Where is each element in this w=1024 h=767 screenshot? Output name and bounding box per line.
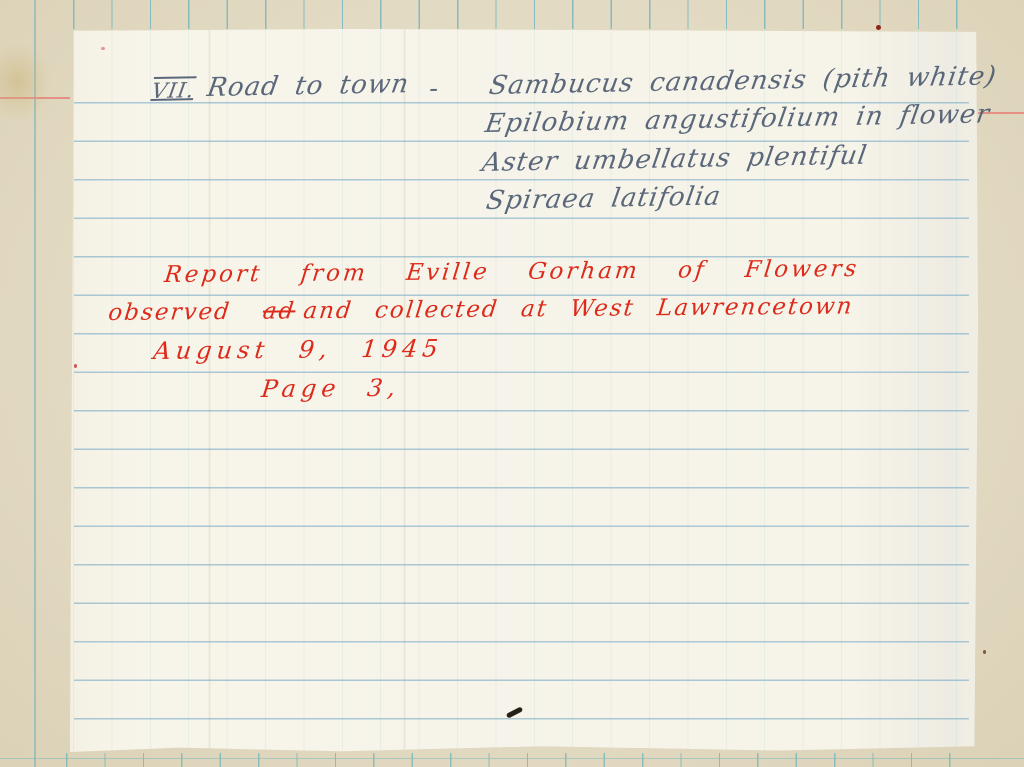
red-note-line2-before: observed [107,299,232,326]
sheet-crease [403,29,406,752]
brown-speck [983,650,986,654]
backing-grid-bottom-strip [66,753,976,767]
red-speck [74,364,77,368]
backing-horizontal-rule [0,758,1024,759]
red-note-line2-after: and collected at West Lawrencetown [302,294,855,325]
backing-grid-top-strip [73,0,976,29]
heading-title: Road to town [205,69,411,103]
paper-stain [0,42,52,122]
red-dot-mark [876,25,881,30]
species-line: Spiraea latifolia [484,182,723,216]
heading-numeral: VII. [150,78,196,103]
pink-speck [101,47,105,50]
sheet-crease [208,29,211,752]
scanned-notebook-page: VII. Road to town - Sambucus canadensis … [0,0,1024,767]
red-note-word-struck: ad [261,298,296,324]
red-note-date: August 9, 1945 [152,334,444,365]
red-note-page: Page 3, [260,374,402,403]
